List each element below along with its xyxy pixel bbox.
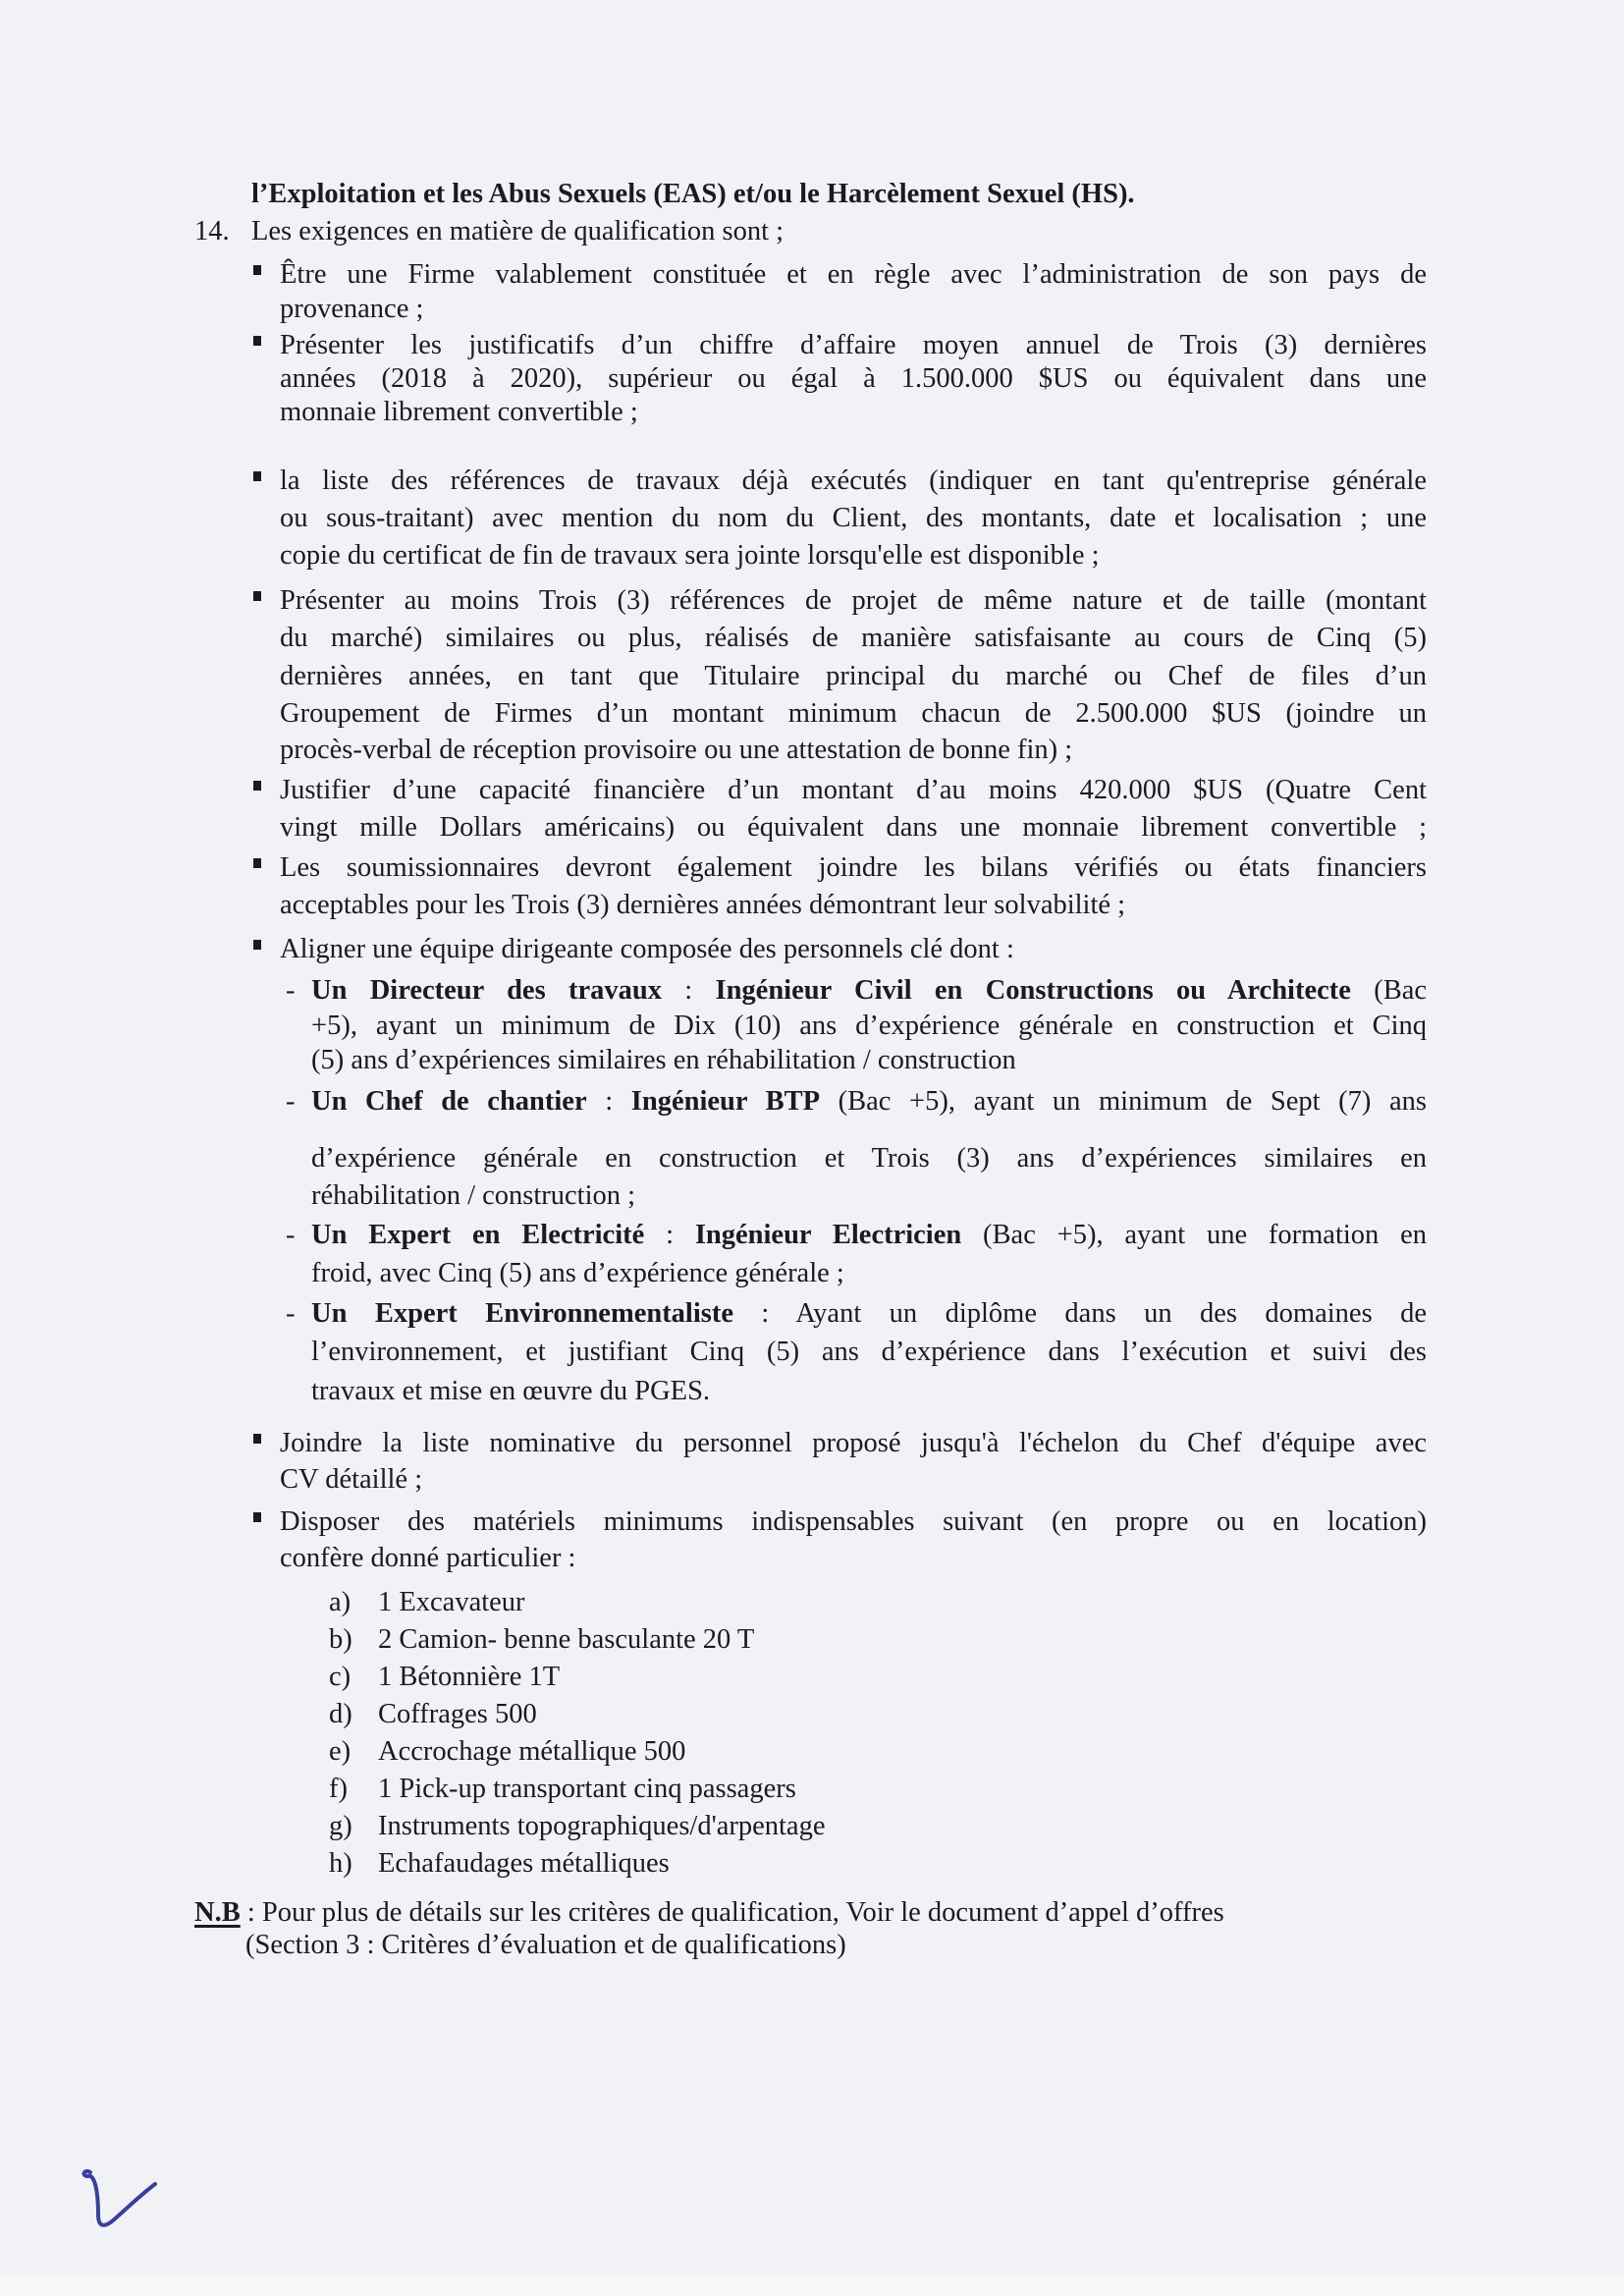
staff-2-line-1: Un Chef de chantier : Ingénieur BTP (Bac… xyxy=(311,1084,1427,1120)
section-number: 14. xyxy=(194,214,230,249)
section-title: Les exigences en matière de qualificatio… xyxy=(251,214,784,249)
bullet-3-line-1: la liste des références de travaux déjà … xyxy=(280,464,1427,499)
bullet-3-line-2: ou sous-traitant) avec mention du nom du… xyxy=(280,501,1427,536)
bullet-icon xyxy=(253,336,261,346)
document-page: l’Exploitation et les Abus Sexuels (EAS)… xyxy=(0,0,1624,2296)
equipment-item-g: Instruments topographiques/d'arpentage xyxy=(378,1809,825,1844)
staff-2-line-2: d’expérience générale en construction et… xyxy=(311,1141,1427,1176)
bullet-icon xyxy=(253,858,261,868)
bullet-icon xyxy=(253,781,261,791)
staff-1-line-2: +5), ayant un minimum de Dix (10) ans d’… xyxy=(311,1009,1427,1044)
note-label: N.B xyxy=(194,1897,241,1928)
staff-3-line-2: froid, avec Cinq (5) ans d’expérience gé… xyxy=(311,1256,844,1291)
bullet-2-line-3: monnaie librement convertible ; xyxy=(280,395,638,430)
bullet-4-line-2: du marché) similaires ou plus, réalisés … xyxy=(280,621,1427,656)
staff-2-qualification: Ingénieur BTP xyxy=(631,1086,820,1117)
bullet-icon xyxy=(253,940,261,950)
staff-3-qualification: Ingénieur Electricien xyxy=(695,1220,961,1250)
equipment-label-h: h) xyxy=(329,1846,352,1882)
note-line-2: (Section 3 : Critères d’évaluation et de… xyxy=(245,1928,846,1963)
staff-4-role: Un Expert Environnementaliste xyxy=(311,1298,733,1329)
equipment-label-g: g) xyxy=(329,1809,352,1844)
equipment-label-d: d) xyxy=(329,1697,352,1732)
equipment-label-a: a) xyxy=(329,1585,351,1620)
bullet-4-line-3: dernières années, en tant que Titulaire … xyxy=(280,659,1427,694)
bullet-icon xyxy=(253,471,261,481)
equipment-label-c: c) xyxy=(329,1660,351,1695)
equipment-item-e: Accrochage métallique 500 xyxy=(378,1734,685,1770)
handwritten-initial-icon xyxy=(79,2160,177,2239)
bullet-7-line-1: Aligner une équipe dirigeante composée d… xyxy=(280,932,1014,967)
equipment-item-h: Echafaudages métalliques xyxy=(378,1846,670,1882)
bullet-5-line-1: Justifier d’une capacité financière d’un… xyxy=(280,773,1427,808)
bullet-9-line-1: Disposer des matériels minimums indispen… xyxy=(280,1504,1427,1540)
equipment-label-f: f) xyxy=(329,1772,348,1807)
equipment-item-c: 1 Bétonnière 1T xyxy=(378,1660,560,1695)
note-text-1: : Pour plus de détails sur les critères … xyxy=(241,1897,1224,1928)
equipment-label-e: e) xyxy=(329,1734,351,1770)
staff-1-rest: (Bac xyxy=(1351,975,1427,1006)
staff-1-line-1: Un Directeur des travaux : Ingénieur Civ… xyxy=(311,973,1427,1009)
bullet-1-line-2: provenance ; xyxy=(280,292,423,327)
dash-icon: - xyxy=(286,973,296,1009)
staff-3-sep: : xyxy=(644,1220,695,1250)
bullet-5-line-2: vingt mille Dollars américains) ou équiv… xyxy=(280,810,1427,846)
staff-4-sep: : xyxy=(733,1298,795,1329)
staff-4-line-1: Un Expert Environnementaliste : Ayant un… xyxy=(311,1296,1427,1332)
staff-1-qualification: Ingénieur Civil en Constructions ou Arch… xyxy=(715,975,1350,1006)
bullet-4-line-5: procès-verbal de réception provisoire ou… xyxy=(280,733,1072,768)
note-line-1: N.B : Pour plus de détails sur les critè… xyxy=(194,1895,1224,1931)
staff-2-line-3: réhabilitation / construction ; xyxy=(311,1178,635,1214)
bullet-6-line-2: acceptables pour les Trois (3) dernières… xyxy=(280,888,1125,923)
staff-1-line-3: (5) ans d’expériences similaires en réha… xyxy=(311,1043,1016,1078)
bullet-2-line-2: années (2018 à 2020), supérieur ou égal … xyxy=(280,361,1427,397)
staff-4-line-3: travaux et mise en œuvre du PGES. xyxy=(311,1374,710,1409)
equipment-item-f: 1 Pick-up transportant cinq passagers xyxy=(378,1772,796,1807)
equipment-item-d: Coffrages 500 xyxy=(378,1697,537,1732)
staff-2-sep: : xyxy=(587,1086,631,1117)
staff-1-role: Un Directeur des travaux xyxy=(311,975,662,1006)
bullet-2-line-1: Présenter les justificatifs d’un chiffre… xyxy=(280,328,1427,363)
staff-2-rest: (Bac +5), ayant un minimum de Sept (7) a… xyxy=(820,1086,1427,1117)
intro-line: l’Exploitation et les Abus Sexuels (EAS)… xyxy=(251,177,1135,212)
bullet-4-line-4: Groupement de Firmes d’un montant minimu… xyxy=(280,696,1427,732)
staff-4-line-2: l’environnement, et justifiant Cinq (5) … xyxy=(311,1335,1427,1370)
dash-icon: - xyxy=(286,1218,296,1253)
equipment-label-b: b) xyxy=(329,1622,352,1658)
bullet-icon xyxy=(253,591,261,601)
equipment-item-b: 2 Camion- benne basculante 20 T xyxy=(378,1622,754,1658)
bullet-icon xyxy=(253,1512,261,1522)
bullet-1-line-1: Être une Firme valablement constituée et… xyxy=(280,257,1427,293)
bullet-icon xyxy=(253,265,261,275)
bullet-9-line-2: confère donné particulier : xyxy=(280,1541,575,1576)
bullet-icon xyxy=(253,1434,261,1444)
dash-icon: - xyxy=(286,1084,296,1120)
staff-3-rest: (Bac +5), ayant une formation en xyxy=(961,1220,1427,1250)
staff-4-rest: Ayant un diplôme dans un des domaines de xyxy=(795,1298,1427,1329)
scan-bottom-edge xyxy=(0,2276,1624,2296)
staff-1-sep: : xyxy=(662,975,716,1006)
bullet-4-line-1: Présenter au moins Trois (3) références … xyxy=(280,583,1427,619)
bullet-6-line-1: Les soumissionnaires devront également j… xyxy=(280,850,1427,886)
bullet-8-line-1: Joindre la liste nominative du personnel… xyxy=(280,1426,1427,1461)
staff-3-role: Un Expert en Electricité xyxy=(311,1220,644,1250)
staff-3-line-1: Un Expert en Electricité : Ingénieur Ele… xyxy=(311,1218,1427,1253)
dash-icon: - xyxy=(286,1296,296,1332)
staff-2-role: Un Chef de chantier xyxy=(311,1086,587,1117)
bullet-8-line-2: CV détaillé ; xyxy=(280,1462,422,1498)
bullet-3-line-3: copie du certificat de fin de travaux se… xyxy=(280,538,1100,574)
equipment-item-a: 1 Excavateur xyxy=(378,1585,525,1620)
